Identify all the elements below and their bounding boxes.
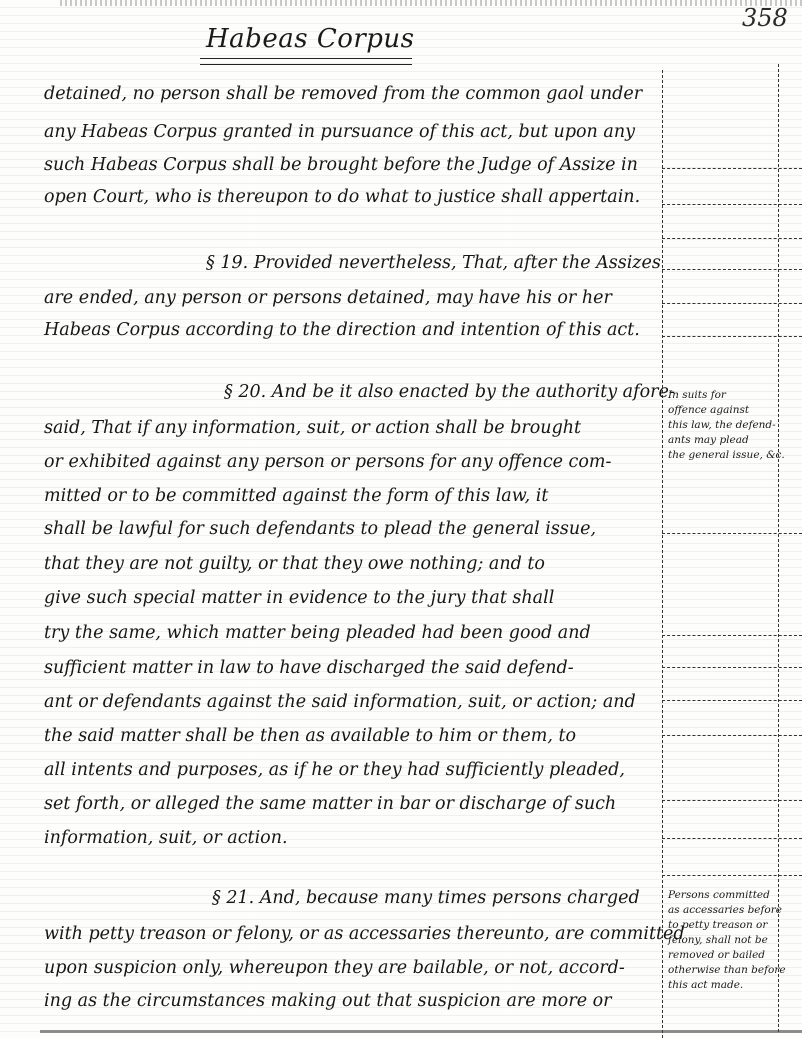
margin-divider	[662, 838, 802, 839]
margin-divider	[662, 533, 802, 534]
margin-note-section-21: Persons committed as accessaries before …	[668, 888, 780, 993]
margin-note-line: this act made.	[668, 978, 780, 993]
section-19-heading: § 19. Provided nevertheless, That, after…	[206, 255, 802, 273]
page-number: 358	[742, 4, 788, 32]
body-line: ant or defendants against the said infor…	[44, 694, 664, 712]
margin-note-line: this law, the defend-	[668, 418, 780, 433]
body-line: Habeas Corpus according to the direction…	[44, 322, 664, 340]
margin-divider	[662, 204, 802, 205]
body-line: give such special matter in evidence to …	[44, 590, 664, 608]
body-line: shall be lawful for such defendants to p…	[44, 521, 664, 539]
body-line: set forth, or alleged the same matter in…	[44, 796, 664, 814]
margin-note-line: ants may plead	[668, 433, 780, 448]
body-line: ing as the circumstances making out that…	[44, 993, 664, 1011]
margin-note-line: Persons committed	[668, 888, 780, 903]
body-line: such Habeas Corpus shall be brought befo…	[44, 157, 664, 175]
margin-divider	[662, 800, 802, 801]
body-line: upon suspicion only, whereupon they are …	[44, 960, 664, 978]
body-line: try the same, which matter being pleaded…	[44, 625, 664, 643]
title-underline	[200, 58, 412, 65]
margin-divider	[662, 735, 802, 736]
margin-note-line: offence against	[668, 403, 780, 418]
body-line: information, suit, or action.	[44, 830, 664, 848]
margin-note-line: In suits for	[668, 388, 780, 403]
margin-note-line: the general issue, &c.	[668, 448, 780, 463]
body-line: that they are not guilty, or that they o…	[44, 556, 664, 574]
margin-divider	[662, 238, 802, 239]
manuscript-page: 358 Habeas Corpus detained, no person sh…	[0, 0, 802, 1038]
body-line: detained, no person shall be removed fro…	[44, 86, 664, 104]
body-line: said, That if any information, suit, or …	[44, 420, 664, 438]
page-bottom-edge	[40, 1030, 802, 1033]
margin-divider	[662, 336, 802, 337]
margin-divider	[662, 303, 802, 304]
body-line: any Habeas Corpus granted in pursuance o…	[44, 124, 664, 142]
body-line: or exhibited against any person or perso…	[44, 454, 664, 472]
margin-note-line: otherwise than before	[668, 963, 780, 978]
margin-divider	[662, 700, 802, 701]
outer-margin-rule	[778, 64, 779, 1032]
page-title: Habeas Corpus	[206, 24, 415, 54]
margin-note-line: as accessaries before	[668, 903, 780, 918]
body-line: sufficient matter in law to have dischar…	[44, 660, 664, 678]
margin-divider	[662, 875, 802, 876]
body-line: all intents and purposes, as if he or th…	[44, 762, 664, 780]
body-line: with petty treason or felony, or as acce…	[44, 926, 664, 944]
margin-divider	[662, 667, 802, 668]
margin-note-line: to petty treason or	[668, 918, 780, 933]
margin-divider	[662, 168, 802, 169]
body-line: the said matter shall be then as availab…	[44, 728, 664, 746]
margin-note-line: felony, shall not be	[668, 933, 780, 948]
margin-divider	[662, 635, 802, 636]
body-line: open Court, who is thereupon to do what …	[44, 189, 664, 207]
body-line: are ended, any person or persons detaine…	[44, 290, 664, 308]
margin-note-line: removed or bailed	[668, 948, 780, 963]
margin-note-section-20: In suits for offence against this law, t…	[668, 388, 780, 463]
body-line: mitted or to be committed against the fo…	[44, 488, 664, 506]
scan-noise	[60, 0, 802, 6]
